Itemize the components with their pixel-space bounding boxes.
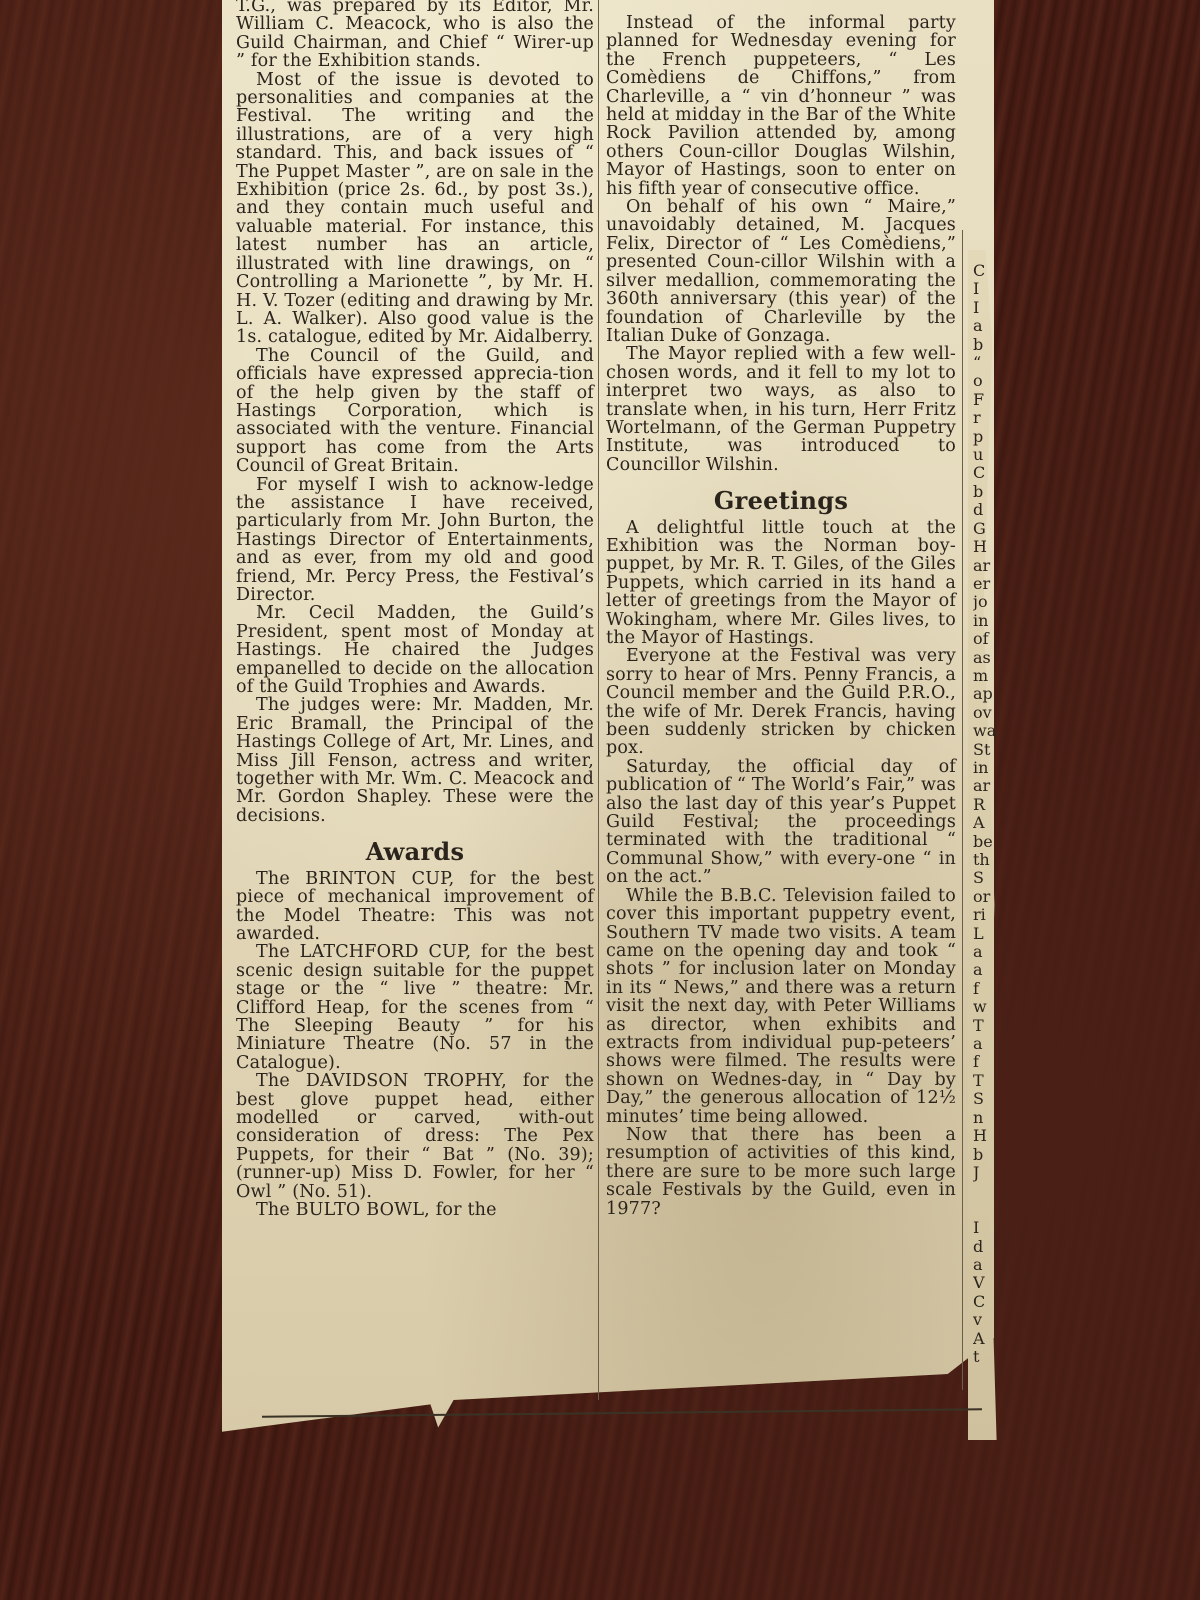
article-paragraph: The judges were: Mr. Madden, Mr. Eric Br… [236, 696, 594, 825]
article-paragraph: Now that there has been a resumption of … [606, 1126, 956, 1218]
article-paragraph: The LATCHFORD CUP, for the best scenic d… [236, 943, 594, 1072]
article-paragraph: Instead of the informal party planned fo… [606, 14, 956, 198]
article-paragraph: The BULTO BOWL, for the [236, 1201, 594, 1219]
left-column: T.G., was prepared by its Editor, Mr. Wi… [236, 0, 594, 1219]
article-paragraph: For myself I wish to acknow-ledge the as… [236, 476, 594, 605]
article-paragraph: Mr. Cecil Madden, the Guild’s President,… [236, 604, 594, 696]
awards-heading: Awards [236, 843, 594, 861]
article-paragraph: On behalf of his own “ Maire,” unavoidab… [606, 198, 956, 345]
column-divider [598, 0, 599, 1400]
article-paragraph: The DAVIDSON TROPHY, for the best glove … [236, 1072, 594, 1201]
greetings-heading: Greetings [606, 492, 956, 510]
column-divider-right [962, 230, 963, 1390]
article-paragraph: Saturday, the official day of publicatio… [606, 758, 956, 887]
article-paragraph: The BRINTON CUP, for the best piece of m… [236, 870, 594, 944]
article-paragraph: Most of the issue is devoted to personal… [236, 71, 594, 347]
article-paragraph: The Council of the Guild, and officials … [236, 347, 594, 476]
fragment-text: C I I a b “ o F r p u C b d G H ar er jo… [973, 262, 999, 1366]
article-paragraph: While the B.B.C. Television failed to co… [606, 887, 956, 1126]
article-paragraph: T.G., was prepared by its Editor, Mr. Wi… [236, 0, 594, 71]
article-paragraph: Everyone at the Festival was very sorry … [606, 647, 956, 757]
article-paragraph: A delightful little touch at the Exhibit… [606, 519, 956, 648]
article-paragraph: The Mayor replied with a few well-chosen… [606, 345, 956, 474]
right-column: Instead of the informal party planned fo… [606, 14, 956, 1218]
